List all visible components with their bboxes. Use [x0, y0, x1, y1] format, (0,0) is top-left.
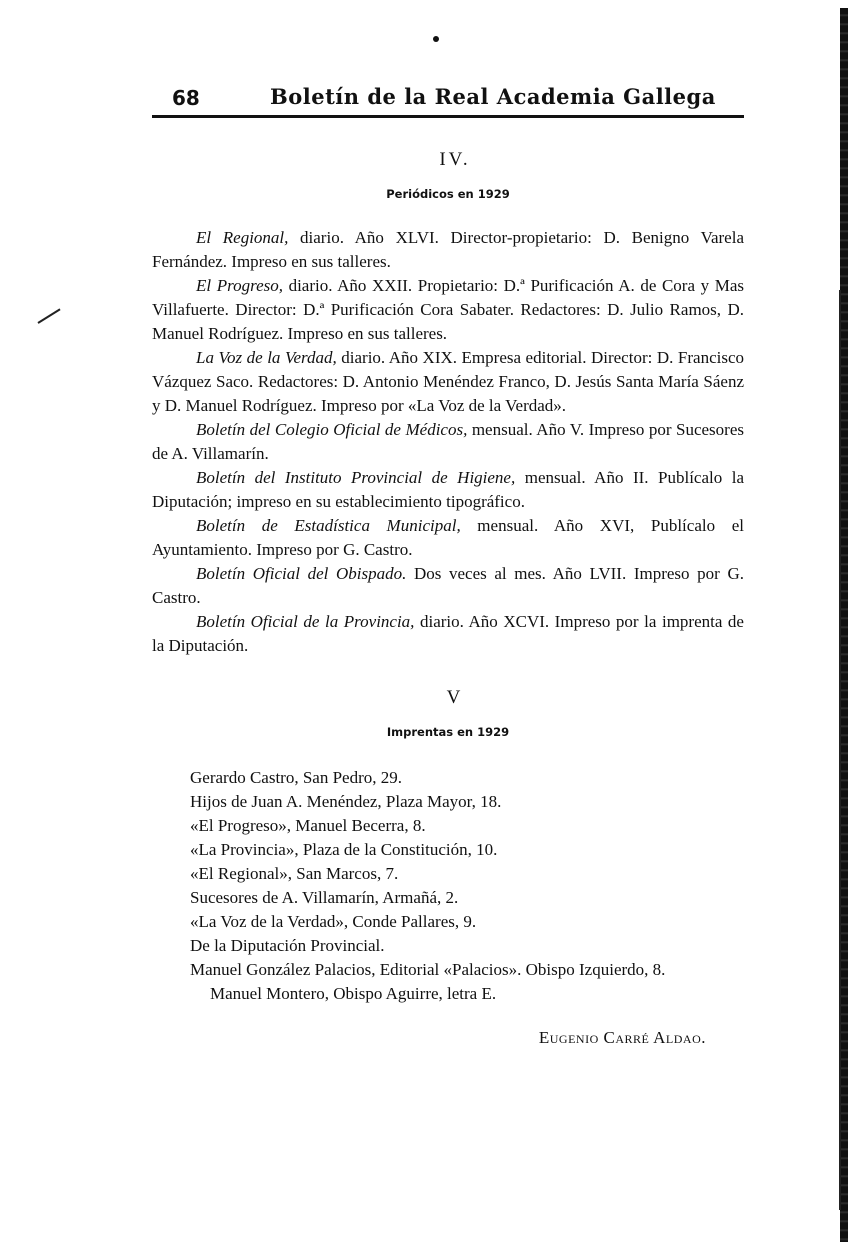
printer-entry: De la Diputación Provincial. [152, 934, 744, 958]
periodical-name: Boletín Oficial de la Provincia, [196, 612, 414, 631]
periodical-entry: La Voz de la Verdad, diario. Año XIX. Em… [152, 346, 744, 418]
printer-entry: «La Provincia», Plaza de la Constitución… [152, 838, 744, 862]
margin-pencil-mark [37, 308, 60, 323]
printer-entry: Hijos de Juan A. Menéndez, Plaza Mayor, … [152, 790, 744, 814]
periodical-entry: El Progreso, diario. Año XXII. Propietar… [152, 274, 744, 346]
printer-entry: Manuel Montero, Obispo Aguirre, letra E. [152, 982, 744, 1006]
section-v-title: Imprentas en 1929 [152, 720, 744, 744]
periodical-name: Boletín de Estadística Municipal, [196, 516, 461, 535]
periodical-entry: Boletín Oficial del Obispado. Dos veces … [152, 562, 744, 610]
running-header: 68 Boletín de la Real Academia Gallega [152, 82, 742, 114]
printer-entry: «La Voz de la Verdad», Conde Pallares, 9… [152, 910, 744, 934]
periodical-entry: Boletín del Colegio Oficial de Médicos, … [152, 418, 744, 466]
book-binding-edge [840, 8, 848, 1242]
periodical-entry: Boletín de Estadística Municipal, mensua… [152, 514, 744, 562]
printer-entry: Gerardo Castro, San Pedro, 29. [152, 766, 744, 790]
section-iv-number: IV. [152, 148, 744, 172]
printer-entry: Manuel González Palacios, Editorial «Pal… [152, 958, 744, 982]
section-v-number: V [152, 686, 744, 710]
author-signature: Eugenio Carré Aldao. [152, 1026, 744, 1050]
periodical-entry: El Regional, diario. Año XLVI. Director-… [152, 226, 744, 274]
periodical-entry: Boletín Oficial de la Provincia, diario.… [152, 610, 744, 658]
running-title: Boletín de la Real Academia Gallega [270, 84, 716, 109]
page-body: IV. Periódicos en 1929 El Regional, diar… [152, 148, 744, 1067]
header-rule [152, 115, 744, 118]
page-number: 68 [172, 86, 200, 110]
section-iv-title: Periódicos en 1929 [152, 182, 744, 206]
printer-entry: «El Regional», San Marcos, 7. [152, 862, 744, 886]
printer-entry: Sucesores de A. Villamarín, Armañá, 2. [152, 886, 744, 910]
periodical-name: Boletín del Colegio Oficial de Médicos, [196, 420, 467, 439]
scanned-page: 68 Boletín de la Real Academia Gallega I… [0, 0, 850, 1242]
periodical-name: El Regional, [196, 228, 288, 247]
book-binding-inner-edge [839, 290, 841, 1210]
periodical-name: El Progreso, [196, 276, 283, 295]
periodical-entry: Boletín del Instituto Provincial de Higi… [152, 466, 744, 514]
periodical-name: Boletín del Instituto Provincial de Higi… [196, 468, 515, 487]
printer-entry: «El Progreso», Manuel Becerra, 8. [152, 814, 744, 838]
periodical-name: Boletín Oficial del Obispado. [196, 564, 406, 583]
periodical-name: La Voz de la Verdad, [196, 348, 337, 367]
ink-speck [433, 36, 439, 42]
periodicals-list: El Regional, diario. Año XLVI. Director-… [152, 226, 744, 658]
printers-list: Gerardo Castro, San Pedro, 29. Hijos de … [152, 766, 744, 1006]
